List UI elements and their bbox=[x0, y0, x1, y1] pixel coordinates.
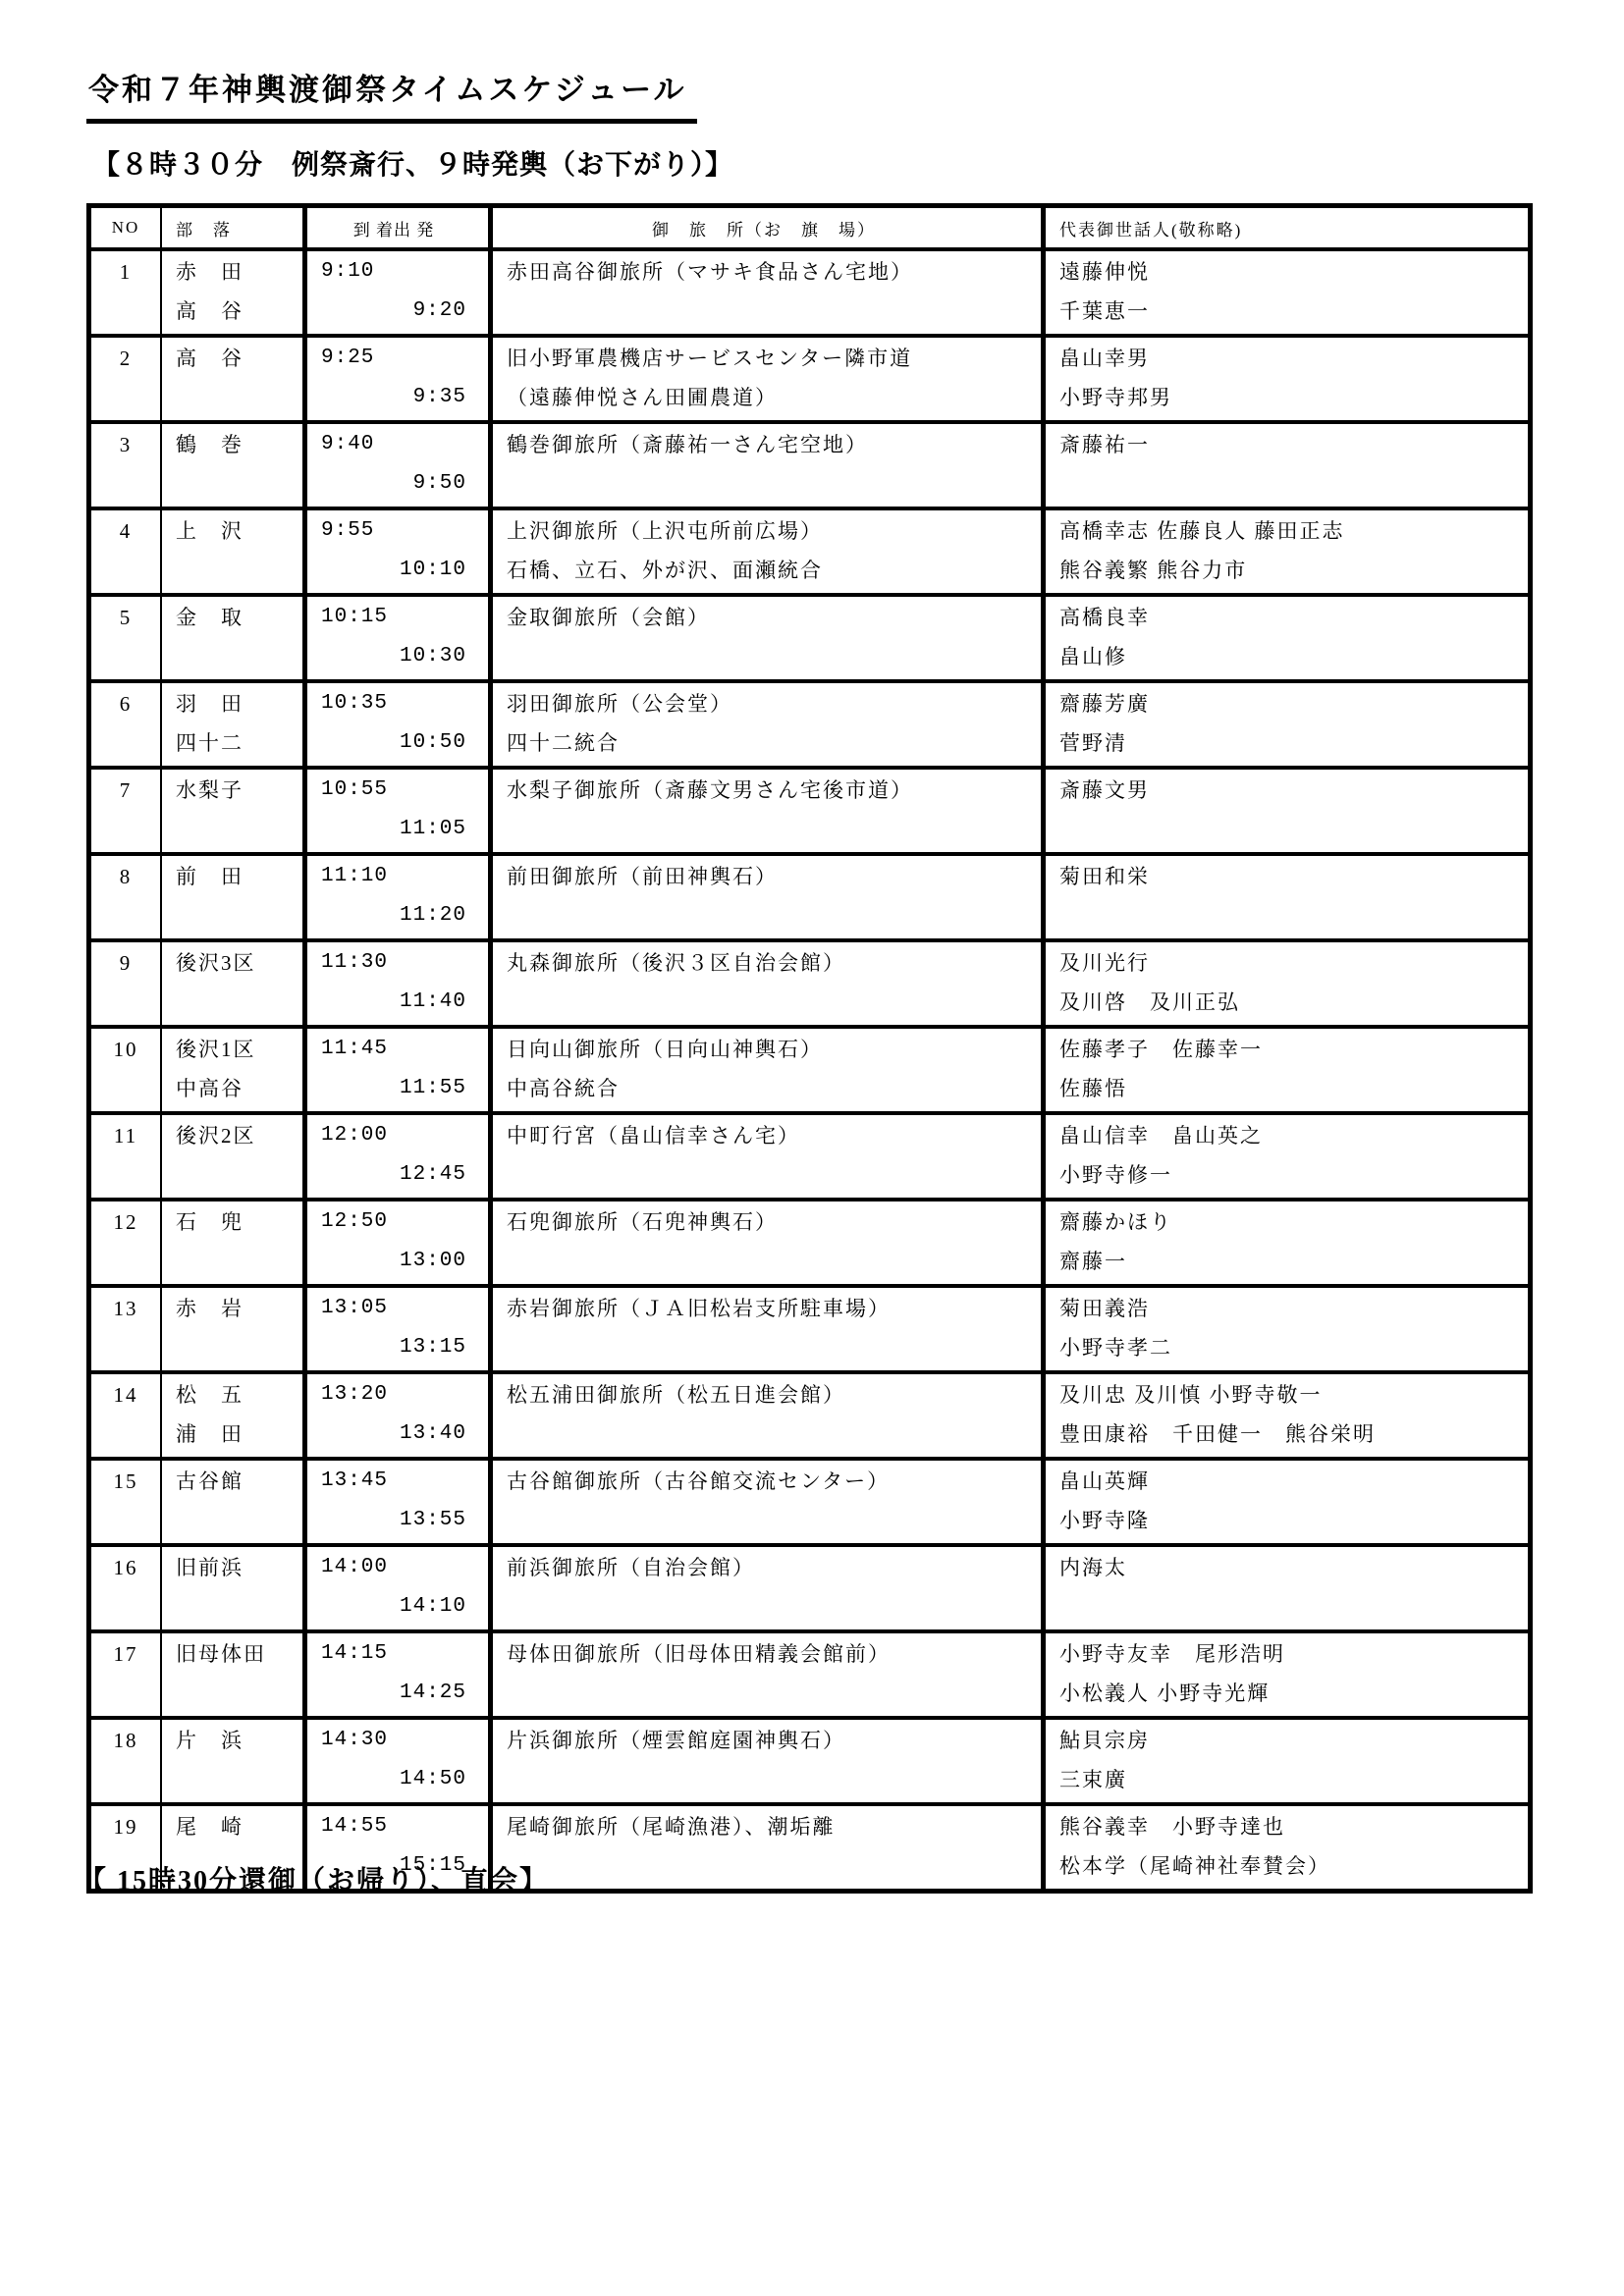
district-cell: 後沢1区中高谷 bbox=[162, 1029, 307, 1111]
time-cell: 12:5013:00 bbox=[307, 1201, 493, 1284]
schedule-body: 1赤 田高 谷9:109:20赤田高谷御旅所（マサキ食品さん宅地）遠藤伸悦千葉恵… bbox=[91, 251, 1528, 1889]
caretaker-cell-line2: 菅野清 bbox=[1059, 728, 1522, 758]
district-cell-line1: 上 沢 bbox=[176, 516, 297, 546]
time-cell-line2: 14:10 bbox=[321, 1592, 482, 1622]
district-cell: 水梨子 bbox=[162, 770, 307, 852]
caretaker-cell: 斎藤祐一 bbox=[1046, 424, 1528, 507]
caretaker-cell: 菊田和栄 bbox=[1046, 856, 1528, 938]
table-row: 6羽 田四十二10:3510:50羽田御旅所（公会堂）四十二統合齋藤芳廣菅野清 bbox=[91, 683, 1528, 770]
district-cell: 松 五浦 田 bbox=[162, 1374, 307, 1457]
time-cell-line1: 10:35 bbox=[321, 689, 482, 719]
time-cell-line1: 11:30 bbox=[321, 948, 482, 978]
district-cell-line1: 後沢3区 bbox=[176, 948, 297, 978]
district-cell-line2 bbox=[176, 1247, 297, 1276]
time-cell: 13:0513:15 bbox=[307, 1288, 493, 1370]
time-cell-line2: 9:50 bbox=[321, 469, 482, 499]
district-cell-line2: 高 谷 bbox=[176, 296, 297, 326]
place-cell-line1: 旧小野軍農機店サービスセンター隣市道 bbox=[507, 344, 1035, 373]
table-row: 5金 取10:1510:30金取御旅所（会館）高橋良幸畠山修 bbox=[91, 597, 1528, 683]
district-cell-line2 bbox=[176, 642, 297, 671]
place-cell: 前田御旅所（前田神輿石） bbox=[493, 856, 1046, 938]
row-number: 5 bbox=[91, 597, 162, 679]
row-number: 1 bbox=[91, 251, 162, 334]
caretaker-cell-line1: 及川光行 bbox=[1059, 948, 1522, 978]
time-cell: 10:1510:30 bbox=[307, 597, 493, 679]
row-number: 9 bbox=[91, 942, 162, 1025]
place-cell-line2 bbox=[507, 642, 1035, 671]
time-cell-line1: 9:55 bbox=[321, 516, 482, 546]
time-cell-line1: 13:20 bbox=[321, 1380, 482, 1410]
header-arrival: 到 着 bbox=[353, 216, 394, 240]
row-number: 18 bbox=[91, 1720, 162, 1802]
time-cell-line1: 14:55 bbox=[321, 1812, 482, 1842]
table-row: 16旧前浜14:0014:10前浜御旅所（自治会館）内海太 bbox=[91, 1547, 1528, 1633]
caretaker-cell: 齋藤かほり齋藤一 bbox=[1046, 1201, 1528, 1284]
district-cell-line1: 後沢2区 bbox=[176, 1121, 297, 1150]
time-cell-line1: 10:15 bbox=[321, 603, 482, 632]
caretaker-cell: 熊谷義幸 小野寺達也松本学（尾崎神社奉賛会） bbox=[1046, 1806, 1528, 1889]
caretaker-cell: 高橋幸志 佐藤良人 藤田正志熊谷義繁 熊谷力市 bbox=[1046, 510, 1528, 593]
caretaker-cell-line1: 内海太 bbox=[1059, 1553, 1522, 1582]
place-cell-line1: 石兜御旅所（石兜神輿石） bbox=[507, 1207, 1035, 1237]
district-cell-line1: 羽 田 bbox=[176, 689, 297, 719]
caretaker-cell-line1: 高橋幸志 佐藤良人 藤田正志 bbox=[1059, 516, 1522, 546]
place-cell: 羽田御旅所（公会堂）四十二統合 bbox=[493, 683, 1046, 766]
place-cell-line1: 鶴巻御旅所（斎藤祐一さん宅空地） bbox=[507, 430, 1035, 459]
schedule-start-note: 【８時３０分 例祭斎行、９時発輿（お下がり）】 bbox=[92, 143, 733, 183]
row-number: 7 bbox=[91, 770, 162, 852]
time-cell-line2: 14:25 bbox=[321, 1679, 482, 1708]
place-cell: 日向山御旅所（日向山神輿石）中高谷統合 bbox=[493, 1029, 1046, 1111]
district-cell-line2 bbox=[176, 1765, 297, 1794]
district-cell-line2 bbox=[176, 815, 297, 844]
place-cell-line1: 水梨子御旅所（斎藤文男さん宅後市道） bbox=[507, 775, 1035, 805]
time-cell-line2: 10:10 bbox=[321, 556, 482, 585]
caretaker-cell: 小野寺友幸 尾形浩明小松義人 小野寺光輝 bbox=[1046, 1633, 1528, 1716]
district-cell-line1: 片 浜 bbox=[176, 1726, 297, 1755]
time-cell: 11:3011:40 bbox=[307, 942, 493, 1025]
place-cell-line1: 上沢御旅所（上沢屯所前広場） bbox=[507, 516, 1035, 546]
caretaker-cell-line1: 菊田義浩 bbox=[1059, 1294, 1522, 1323]
caretaker-cell-line2 bbox=[1059, 901, 1522, 931]
caretaker-cell-line2: 熊谷義繁 熊谷力市 bbox=[1059, 556, 1522, 585]
place-cell-line2 bbox=[507, 1160, 1035, 1190]
district-cell-line2 bbox=[176, 1333, 297, 1362]
district-cell-line1: 古谷館 bbox=[176, 1467, 297, 1496]
caretaker-cell-line1: 菊田和栄 bbox=[1059, 862, 1522, 891]
time-cell: 9:409:50 bbox=[307, 424, 493, 507]
header-place: 御 旅 所（お 旗 場） bbox=[493, 208, 1046, 247]
district-cell-line2 bbox=[176, 1592, 297, 1622]
row-number: 14 bbox=[91, 1374, 162, 1457]
place-cell: 前浜御旅所（自治会館） bbox=[493, 1547, 1046, 1629]
place-cell-line1: 中町行宮（畠山信幸さん宅） bbox=[507, 1121, 1035, 1150]
place-cell: 石兜御旅所（石兜神輿石） bbox=[493, 1201, 1046, 1284]
district-cell-line2 bbox=[176, 556, 297, 585]
time-cell-line1: 10:55 bbox=[321, 775, 482, 805]
caretaker-cell: 佐藤孝子 佐藤幸一佐藤悟 bbox=[1046, 1029, 1528, 1111]
caretaker-cell-line2: 小野寺修一 bbox=[1059, 1160, 1522, 1190]
district-cell-line1: 尾 崎 bbox=[176, 1812, 297, 1842]
caretaker-cell-line1: 遠藤伸悦 bbox=[1059, 257, 1522, 287]
place-cell: 片浜御旅所（煙雲館庭園神輿石） bbox=[493, 1720, 1046, 1802]
row-number-line1: 7 bbox=[91, 775, 160, 805]
row-number-line1: 2 bbox=[91, 344, 160, 373]
header-no: NO bbox=[91, 208, 162, 247]
district-cell-line2 bbox=[176, 469, 297, 499]
time-cell-line2: 11:20 bbox=[321, 901, 482, 931]
caretaker-cell-line2: 小野寺隆 bbox=[1059, 1506, 1522, 1535]
table-row: 15古谷館13:4513:55古谷館御旅所（古谷館交流センター）畠山英輝小野寺隆 bbox=[91, 1461, 1528, 1547]
caretaker-cell-line2: 三束廣 bbox=[1059, 1765, 1522, 1794]
place-cell-line2: 中高谷統合 bbox=[507, 1074, 1035, 1103]
row-number-line1: 13 bbox=[91, 1294, 160, 1323]
place-cell-line1: 母体田御旅所（旧母体田精義会館前） bbox=[507, 1639, 1035, 1669]
time-cell-line2: 13:40 bbox=[321, 1419, 482, 1449]
place-cell-line2 bbox=[507, 1592, 1035, 1622]
place-cell-line1: 前浜御旅所（自治会館） bbox=[507, 1553, 1035, 1582]
caretaker-cell-line1: 齋藤芳廣 bbox=[1059, 689, 1522, 719]
row-number-line1: 8 bbox=[91, 862, 160, 891]
place-cell-line1: 前田御旅所（前田神輿石） bbox=[507, 862, 1035, 891]
time-cell-line1: 14:15 bbox=[321, 1639, 482, 1669]
table-row: 18片 浜14:3014:50片浜御旅所（煙雲館庭園神輿石）鮎貝宗房三束廣 bbox=[91, 1720, 1528, 1806]
district-cell-line1: 旧母体田 bbox=[176, 1639, 297, 1669]
time-cell: 11:1011:20 bbox=[307, 856, 493, 938]
place-cell-line2 bbox=[507, 901, 1035, 931]
time-cell-line2: 11:55 bbox=[321, 1074, 482, 1103]
place-cell-line2 bbox=[507, 1851, 1035, 1881]
caretaker-cell-line2: 齋藤一 bbox=[1059, 1247, 1522, 1276]
time-cell-line2: 9:20 bbox=[321, 296, 482, 326]
caretaker-cell-line2: 小野寺孝二 bbox=[1059, 1333, 1522, 1362]
place-cell-line2 bbox=[507, 469, 1035, 499]
row-number: 8 bbox=[91, 856, 162, 938]
table-row: 3鶴 巻9:409:50鶴巻御旅所（斎藤祐一さん宅空地）斎藤祐一 bbox=[91, 424, 1528, 510]
time-cell-line2: 11:05 bbox=[321, 815, 482, 844]
row-number: 11 bbox=[91, 1115, 162, 1198]
row-number-line1: 15 bbox=[91, 1467, 160, 1496]
caretaker-cell-line2 bbox=[1059, 469, 1522, 499]
time-cell: 12:0012:45 bbox=[307, 1115, 493, 1198]
district-cell-line1: 鶴 巻 bbox=[176, 430, 297, 459]
place-cell: 母体田御旅所（旧母体田精義会館前） bbox=[493, 1633, 1046, 1716]
place-cell-line2 bbox=[507, 1506, 1035, 1535]
time-cell: 13:2013:40 bbox=[307, 1374, 493, 1457]
district-cell-line1: 前 田 bbox=[176, 862, 297, 891]
row-number-line1: 12 bbox=[91, 1207, 160, 1237]
place-cell-line1: 片浜御旅所（煙雲館庭園神輿石） bbox=[507, 1726, 1035, 1755]
caretaker-cell: 畠山幸男小野寺邦男 bbox=[1046, 338, 1528, 420]
table-row: 9後沢3区11:3011:40丸森御旅所（後沢３区自治会館）及川光行及川啓 及川… bbox=[91, 942, 1528, 1029]
header-caretaker: 代表御世話人(敬称略) bbox=[1046, 208, 1528, 247]
place-cell: 水梨子御旅所（斎藤文男さん宅後市道） bbox=[493, 770, 1046, 852]
caretaker-cell-line2: 畠山修 bbox=[1059, 642, 1522, 671]
place-cell-line2 bbox=[507, 988, 1035, 1017]
district-cell-line1: 高 谷 bbox=[176, 344, 297, 373]
district-cell: 旧前浜 bbox=[162, 1547, 307, 1629]
place-cell-line1: 丸森御旅所（後沢３区自治会館） bbox=[507, 948, 1035, 978]
time-cell: 14:1514:25 bbox=[307, 1633, 493, 1716]
place-cell-line1: 尾崎御旅所（尾崎漁港）、潮垢離 bbox=[507, 1812, 1035, 1842]
district-cell-line2 bbox=[176, 383, 297, 412]
caretaker-cell-line1: 鮎貝宗房 bbox=[1059, 1726, 1522, 1755]
row-number: 15 bbox=[91, 1461, 162, 1543]
district-cell-line1: 金 取 bbox=[176, 603, 297, 632]
district-cell: 後沢3区 bbox=[162, 942, 307, 1025]
caretaker-cell-line2: 松本学（尾崎神社奉賛会） bbox=[1059, 1851, 1522, 1881]
row-number-line1: 14 bbox=[91, 1380, 160, 1410]
row-number-line1: 11 bbox=[91, 1121, 160, 1150]
district-cell: 赤 田高 谷 bbox=[162, 251, 307, 334]
table-row: 11後沢2区12:0012:45中町行宮（畠山信幸さん宅）畠山信幸 畠山英之小野… bbox=[91, 1115, 1528, 1201]
table-row: 2高 谷9:259:35旧小野軍農機店サービスセンター隣市道（遠藤伸悦さん田圃農… bbox=[91, 338, 1528, 424]
time-cell-line2: 10:50 bbox=[321, 728, 482, 758]
district-cell-line2 bbox=[176, 988, 297, 1017]
time-cell-line1: 13:05 bbox=[321, 1294, 482, 1323]
row-number: 17 bbox=[91, 1633, 162, 1716]
caretaker-cell-line1: 斎藤文男 bbox=[1059, 775, 1522, 805]
caretaker-cell: 遠藤伸悦千葉恵一 bbox=[1046, 251, 1528, 334]
district-cell-line2 bbox=[176, 1506, 297, 1535]
schedule-end-note: 【 15時30分還御（お帰り）、直会】 bbox=[79, 1859, 549, 1898]
time-cell-line2: 14:50 bbox=[321, 1765, 482, 1794]
table-row: 17旧母体田14:1514:25母体田御旅所（旧母体田精義会館前）小野寺友幸 尾… bbox=[91, 1633, 1528, 1720]
place-cell-line1: 松五浦田御旅所（松五日進会館） bbox=[507, 1380, 1035, 1410]
district-cell-line2 bbox=[176, 901, 297, 931]
caretaker-cell-line2: 千葉恵一 bbox=[1059, 296, 1522, 326]
time-cell: 13:4513:55 bbox=[307, 1461, 493, 1543]
district-cell-line2 bbox=[176, 1679, 297, 1708]
time-cell-line2: 13:55 bbox=[321, 1506, 482, 1535]
page-title: 令和７年神輿渡御祭タイムスケジュール bbox=[86, 65, 697, 124]
caretaker-cell-line1: 畠山信幸 畠山英之 bbox=[1059, 1121, 1522, 1150]
caretaker-cell: 齋藤芳廣菅野清 bbox=[1046, 683, 1528, 766]
place-cell-line2 bbox=[507, 1419, 1035, 1449]
time-cell: 11:4511:55 bbox=[307, 1029, 493, 1111]
row-number-line1: 5 bbox=[91, 603, 160, 632]
caretaker-cell-line2: 佐藤悟 bbox=[1059, 1074, 1522, 1103]
district-cell-line1: 水梨子 bbox=[176, 775, 297, 805]
place-cell: 金取御旅所（会館） bbox=[493, 597, 1046, 679]
caretaker-cell-line1: 小野寺友幸 尾形浩明 bbox=[1059, 1639, 1522, 1669]
place-cell-line2: 四十二統合 bbox=[507, 728, 1035, 758]
place-cell: 尾崎御旅所（尾崎漁港）、潮垢離 bbox=[493, 1806, 1046, 1889]
caretaker-cell: 菊田義浩小野寺孝二 bbox=[1046, 1288, 1528, 1370]
place-cell-line2 bbox=[507, 1247, 1035, 1276]
row-number-line1: 18 bbox=[91, 1726, 160, 1755]
row-number: 4 bbox=[91, 510, 162, 593]
time-cell-line1: 12:50 bbox=[321, 1207, 482, 1237]
row-number-line1: 4 bbox=[91, 516, 160, 546]
time-cell-line1: 14:30 bbox=[321, 1726, 482, 1755]
caretaker-cell: 鮎貝宗房三束廣 bbox=[1046, 1720, 1528, 1802]
place-cell: 中町行宮（畠山信幸さん宅） bbox=[493, 1115, 1046, 1198]
time-cell: 10:5511:05 bbox=[307, 770, 493, 852]
district-cell-line2: 四十二 bbox=[176, 728, 297, 758]
place-cell: 丸森御旅所（後沢３区自治会館） bbox=[493, 942, 1046, 1025]
caretaker-cell-line1: 高橋良幸 bbox=[1059, 603, 1522, 632]
header-time: 到 着 出 発 bbox=[307, 208, 493, 247]
time-cell: 9:109:20 bbox=[307, 251, 493, 334]
district-cell: 前 田 bbox=[162, 856, 307, 938]
table-row: 12石 兜12:5013:00石兜御旅所（石兜神輿石）齋藤かほり齋藤一 bbox=[91, 1201, 1528, 1288]
place-cell-line2 bbox=[507, 296, 1035, 326]
time-cell-line2: 13:00 bbox=[321, 1247, 482, 1276]
place-cell-line1: 金取御旅所（会館） bbox=[507, 603, 1035, 632]
place-cell-line1: 赤田高谷御旅所（マサキ食品さん宅地） bbox=[507, 257, 1035, 287]
place-cell: 旧小野軍農機店サービスセンター隣市道（遠藤伸悦さん田圃農道） bbox=[493, 338, 1046, 420]
caretaker-cell: 及川光行及川啓 及川正弘 bbox=[1046, 942, 1528, 1025]
schedule-table: NO 部 落 到 着 出 発 御 旅 所（お 旗 場） 代表御世話人(敬称略) … bbox=[86, 203, 1533, 1894]
header-district: 部 落 bbox=[162, 208, 307, 247]
district-cell-line2: 中高谷 bbox=[176, 1074, 297, 1103]
district-cell-line1: 赤 田 bbox=[176, 257, 297, 287]
caretaker-cell-line1: 畠山英輝 bbox=[1059, 1467, 1522, 1496]
caretaker-cell-line1: 及川忠 及川慎 小野寺敬一 bbox=[1059, 1380, 1522, 1410]
place-cell-line2 bbox=[507, 1765, 1035, 1794]
caretaker-cell-line2: 小松義人 小野寺光輝 bbox=[1059, 1679, 1522, 1708]
row-number-line1: 1 bbox=[91, 257, 160, 287]
caretaker-cell-line2: 及川啓 及川正弘 bbox=[1059, 988, 1522, 1017]
caretaker-cell: 斎藤文男 bbox=[1046, 770, 1528, 852]
place-cell-line1: 羽田御旅所（公会堂） bbox=[507, 689, 1035, 719]
time-cell-line1: 13:45 bbox=[321, 1467, 482, 1496]
caretaker-cell-line2: 豊田康裕 千田健一 熊谷栄明 bbox=[1059, 1419, 1522, 1449]
row-number: 12 bbox=[91, 1201, 162, 1284]
time-cell-line1: 9:40 bbox=[321, 430, 482, 459]
place-cell: 古谷館御旅所（古谷館交流センター） bbox=[493, 1461, 1046, 1543]
row-number: 13 bbox=[91, 1288, 162, 1370]
district-cell: 古谷館 bbox=[162, 1461, 307, 1543]
row-number-line1: 19 bbox=[91, 1812, 160, 1842]
row-number-line1: 6 bbox=[91, 689, 160, 719]
table-row: 7水梨子10:5511:05水梨子御旅所（斎藤文男さん宅後市道）斎藤文男 bbox=[91, 770, 1528, 856]
row-number: 2 bbox=[91, 338, 162, 420]
district-cell: 金 取 bbox=[162, 597, 307, 679]
row-number-line1: 17 bbox=[91, 1639, 160, 1669]
district-cell-line1: 後沢1区 bbox=[176, 1035, 297, 1064]
place-cell-line1: 古谷館御旅所（古谷館交流センター） bbox=[507, 1467, 1035, 1496]
row-number-line1: 10 bbox=[91, 1035, 160, 1064]
district-cell: 後沢2区 bbox=[162, 1115, 307, 1198]
header-departure: 出 発 bbox=[394, 216, 434, 240]
table-row: 10後沢1区中高谷11:4511:55日向山御旅所（日向山神輿石）中高谷統合佐藤… bbox=[91, 1029, 1528, 1115]
caretaker-cell: 高橋良幸畠山修 bbox=[1046, 597, 1528, 679]
time-cell: 14:0014:10 bbox=[307, 1547, 493, 1629]
time-cell-line2: 12:45 bbox=[321, 1160, 482, 1190]
time-cell-line1: 9:25 bbox=[321, 344, 482, 373]
caretaker-cell: 内海太 bbox=[1046, 1547, 1528, 1629]
table-row: 8前 田11:1011:20前田御旅所（前田神輿石）菊田和栄 bbox=[91, 856, 1528, 942]
time-cell: 10:3510:50 bbox=[307, 683, 493, 766]
caretaker-cell-line1: 斎藤祐一 bbox=[1059, 430, 1522, 459]
time-cell-line1: 14:00 bbox=[321, 1553, 482, 1582]
row-number-line1: 16 bbox=[91, 1553, 160, 1582]
row-number-line1: 9 bbox=[91, 948, 160, 978]
district-cell: 羽 田四十二 bbox=[162, 683, 307, 766]
caretaker-cell-line1: 佐藤孝子 佐藤幸一 bbox=[1059, 1035, 1522, 1064]
row-number: 16 bbox=[91, 1547, 162, 1629]
district-cell: 鶴 巻 bbox=[162, 424, 307, 507]
caretaker-cell-line2: 小野寺邦男 bbox=[1059, 383, 1522, 412]
table-row: 13赤 岩13:0513:15赤岩御旅所（ＪＡ旧松岩支所駐車場）菊田義浩小野寺孝… bbox=[91, 1288, 1528, 1374]
district-cell: 片 浜 bbox=[162, 1720, 307, 1802]
caretaker-cell: 畠山信幸 畠山英之小野寺修一 bbox=[1046, 1115, 1528, 1198]
row-number-line1: 3 bbox=[91, 430, 160, 459]
time-cell: 9:259:35 bbox=[307, 338, 493, 420]
caretaker-cell-line2 bbox=[1059, 815, 1522, 844]
district-cell-line1: 石 兜 bbox=[176, 1207, 297, 1237]
caretaker-cell-line1: 畠山幸男 bbox=[1059, 344, 1522, 373]
time-cell-line1: 11:45 bbox=[321, 1035, 482, 1064]
district-cell: 赤 岩 bbox=[162, 1288, 307, 1370]
district-cell-line1: 赤 岩 bbox=[176, 1294, 297, 1323]
place-cell: 上沢御旅所（上沢屯所前広場）石橋、立石、外が沢、面瀬統合 bbox=[493, 510, 1046, 593]
time-cell-line2: 9:35 bbox=[321, 383, 482, 412]
time-cell-line1: 11:10 bbox=[321, 862, 482, 891]
district-cell: 高 谷 bbox=[162, 338, 307, 420]
table-row: 1赤 田高 谷9:109:20赤田高谷御旅所（マサキ食品さん宅地）遠藤伸悦千葉恵… bbox=[91, 251, 1528, 338]
place-cell: 赤田高谷御旅所（マサキ食品さん宅地） bbox=[493, 251, 1046, 334]
place-cell-line1: 日向山御旅所（日向山神輿石） bbox=[507, 1035, 1035, 1064]
caretaker-cell-line1: 齋藤かほり bbox=[1059, 1207, 1522, 1237]
district-cell-line2: 浦 田 bbox=[176, 1419, 297, 1449]
district-cell: 上 沢 bbox=[162, 510, 307, 593]
place-cell-line2 bbox=[507, 1679, 1035, 1708]
place-cell: 鶴巻御旅所（斎藤祐一さん宅空地） bbox=[493, 424, 1046, 507]
table-row: 14松 五浦 田13:2013:40松五浦田御旅所（松五日進会館）及川忠 及川慎… bbox=[91, 1374, 1528, 1461]
place-cell: 赤岩御旅所（ＪＡ旧松岩支所駐車場） bbox=[493, 1288, 1046, 1370]
district-cell-line2 bbox=[176, 1160, 297, 1190]
caretaker-cell: 畠山英輝小野寺隆 bbox=[1046, 1461, 1528, 1543]
caretaker-cell-line1: 熊谷義幸 小野寺達也 bbox=[1059, 1812, 1522, 1842]
time-cell-line2: 10:30 bbox=[321, 642, 482, 671]
time-cell-line2: 11:40 bbox=[321, 988, 482, 1017]
time-cell: 9:5510:10 bbox=[307, 510, 493, 593]
place-cell-line2: （遠藤伸悦さん田圃農道） bbox=[507, 383, 1035, 412]
table-row: 4上 沢9:5510:10上沢御旅所（上沢屯所前広場）石橋、立石、外が沢、面瀬統… bbox=[91, 510, 1528, 597]
district-cell-line1: 松 五 bbox=[176, 1380, 297, 1410]
place-cell-line1: 赤岩御旅所（ＪＡ旧松岩支所駐車場） bbox=[507, 1294, 1035, 1323]
place-cell-line2 bbox=[507, 1333, 1035, 1362]
time-cell-line1: 9:10 bbox=[321, 257, 482, 287]
place-cell-line2 bbox=[507, 815, 1035, 844]
place-cell-line2: 石橋、立石、外が沢、面瀬統合 bbox=[507, 556, 1035, 585]
row-number: 10 bbox=[91, 1029, 162, 1111]
row-number: 3 bbox=[91, 424, 162, 507]
time-cell-line1: 12:00 bbox=[321, 1121, 482, 1150]
caretaker-cell: 及川忠 及川慎 小野寺敬一豊田康裕 千田健一 熊谷栄明 bbox=[1046, 1374, 1528, 1457]
table-header-row: NO 部 落 到 着 出 発 御 旅 所（お 旗 場） 代表御世話人(敬称略) bbox=[91, 208, 1528, 251]
district-cell-line1: 旧前浜 bbox=[176, 1553, 297, 1582]
place-cell: 松五浦田御旅所（松五日進会館） bbox=[493, 1374, 1046, 1457]
caretaker-cell-line2 bbox=[1059, 1592, 1522, 1622]
district-cell: 石 兜 bbox=[162, 1201, 307, 1284]
row-number: 6 bbox=[91, 683, 162, 766]
time-cell-line2: 13:15 bbox=[321, 1333, 482, 1362]
district-cell: 旧母体田 bbox=[162, 1633, 307, 1716]
time-cell: 14:3014:50 bbox=[307, 1720, 493, 1802]
